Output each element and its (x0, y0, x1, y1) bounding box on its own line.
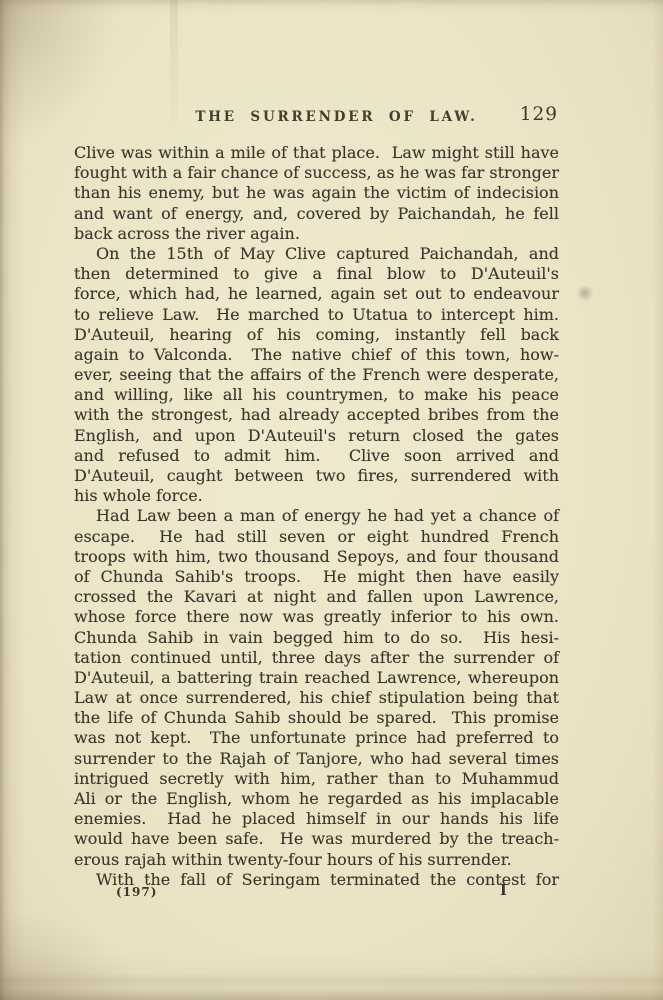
text-line: then determined to give a final blow to … (74, 264, 559, 284)
text-line: On the 15th of May Clive captured Paicha… (74, 244, 559, 264)
text-line: D'Auteuil, caught between two fires, sur… (74, 466, 559, 486)
corner-shadow-bottomleft (0, 910, 140, 1000)
text-line: escape. He had still seven or eight hund… (74, 527, 559, 547)
text-line: intrigued secretly with him, rather than… (74, 769, 559, 789)
signature-mark: I (500, 882, 507, 899)
paragraph: On the 15th of May Clive captured Paicha… (74, 244, 559, 506)
text-line: to relieve Law. He marched to Utatua to … (74, 305, 559, 325)
text-line: force, which had, he learned, again set … (74, 284, 559, 304)
page-header: THE SURRENDER OF LAW. 129 (74, 104, 559, 130)
plate-number: (197) (116, 885, 157, 899)
page-number: 129 (520, 104, 558, 125)
paragraph: Clive was within a mile of that place. L… (74, 143, 559, 244)
text-line: with the strongest, had already accepted… (74, 405, 559, 425)
text-line: was not kept. The unfortunate prince had… (74, 728, 559, 748)
text-line: troops with him, two thousand Sepoys, an… (74, 547, 559, 567)
text-line: and want of energy, and, covered by Paic… (74, 204, 559, 224)
text-line: tation continued until, three days after… (74, 648, 559, 668)
text-line: of Chunda Sahib's troops. He might then … (74, 567, 559, 587)
text-line: D'Auteuil, a battering train reached Law… (74, 668, 559, 688)
text-line: the life of Chunda Sahib should be spare… (74, 708, 559, 728)
text-line: back across the river again. (74, 224, 559, 244)
text-line: enemies. Had he placed himself in our ha… (74, 809, 559, 829)
text-line: would have been safe. He was murdered by… (74, 829, 559, 849)
page-edge-shadow-left (0, 0, 26, 1000)
text-line: whose force there now was greatly inferi… (74, 607, 559, 627)
text-line: Had Law been a man of energy he had yet … (74, 506, 559, 526)
text-line: his whole force. (74, 486, 559, 506)
text-line: ever, seeing that the affairs of the Fre… (74, 365, 559, 385)
text-line: and refused to admit him. Clive soon arr… (74, 446, 559, 466)
ink-smudge (577, 286, 593, 300)
text-line: fought with a fair chance of success, as… (74, 163, 559, 183)
text-line: than his enemy, but he was again the vic… (74, 183, 559, 203)
paragraph: Had Law been a man of energy he had yet … (74, 506, 559, 869)
text-line: D'Auteuil, hearing of his coming, instan… (74, 325, 559, 345)
text-line: surrender to the Rajah of Tanjore, who h… (74, 749, 559, 769)
text-line: Law at once surrendered, his chief stipu… (74, 688, 559, 708)
text-line: Clive was within a mile of that place. L… (74, 143, 559, 163)
text-line: English, and upon D'Auteuil's return clo… (74, 426, 559, 446)
text-line: crossed the Kavari at night and fallen u… (74, 587, 559, 607)
page-body: Clive was within a mile of that place. L… (74, 143, 559, 890)
text-line: Chunda Sahib in vain begged him to do so… (74, 628, 559, 648)
text-line: and willing, like all his countrymen, to… (74, 385, 559, 405)
running-title: THE SURRENDER OF LAW. (195, 109, 477, 125)
text-line: erous rajah within twenty-four hours of … (74, 850, 559, 870)
text-line: again to Valconda. The native chief of t… (74, 345, 559, 365)
page-edge-shadow-right (653, 0, 663, 1000)
scanned-book-page: { "document": { "header": { "title": "TH… (0, 0, 663, 1000)
text-line: Ali or the English, whom he regarded as … (74, 789, 559, 809)
